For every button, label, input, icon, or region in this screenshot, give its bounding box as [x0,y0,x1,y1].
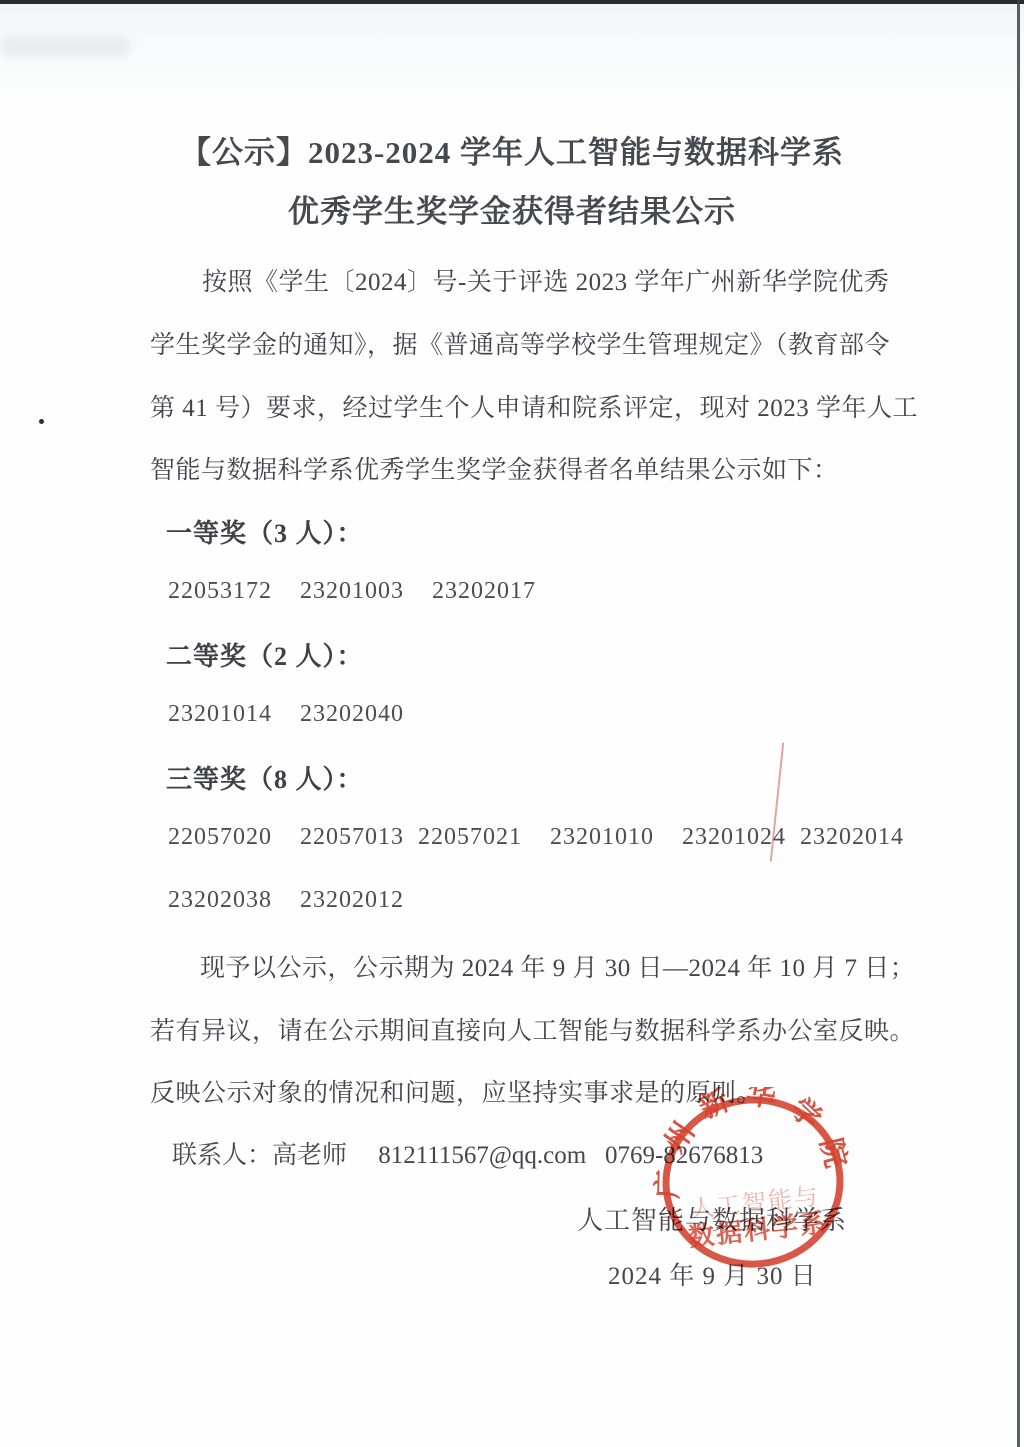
second-prize-ids: 23201014 23202040 [168,701,404,728]
seal-ring-text: 广州新华学院 [653,1087,853,1203]
official-seal-stamp: 广州新华学院 人工智能与 数据科学系 [653,1087,853,1277]
first-prize-heading: 一等奖（3 人）： [166,513,364,550]
closing-line-1: 现予以公示，公示期为 2024 年 9 月 30 日—2024 年 10 月 7… [200,948,915,984]
intro-line-3: 第 41 号）要求，经过学生个人申请和院系评定，现对 2023 学年人工 [150,388,918,424]
scan-smudge [0,36,130,58]
first-prize-ids: 22053172 23201003 23202017 [168,578,536,605]
intro-line-1: 按照《学生〔2024〕号-关于评选 2023 学年广州新华学院优秀 [202,262,889,298]
scan-border-top [0,0,1024,4]
second-prize-heading: 二等奖（2 人）： [166,636,364,673]
scan-top-shading [0,0,1024,110]
document-title-line1: 【公示】2023-2024 学年人工智能与数据科学系 [0,127,1024,172]
third-prize-ids-row2: 23202038 23202012 [168,887,404,914]
third-prize-ids-row1: 22057020 22057013 22057021 23201010 2320… [168,824,904,851]
document-title-line2: 优秀学生奖学金获得者结果公示 [0,186,1024,231]
intro-line-4: 智能与数据科学系优秀学生奖学金获得者名单结果公示如下： [150,450,839,486]
intro-line-2: 学生奖学金的通知》，据《普通高等学校学生管理规定》（教育部令 [150,325,890,361]
closing-line-2: 若有异议，请在公示期间直接向人工智能与数据科学系办公室反映。 [150,1011,915,1047]
svg-text:广州新华学院: 广州新华学院 [653,1087,853,1203]
scanned-announcement-page: 【公示】2023-2024 学年人工智能与数据科学系 优秀学生奖学金获得者结果公… [0,0,1024,1447]
third-prize-heading: 三等奖（8 人）： [166,759,364,796]
scan-speck [39,419,44,424]
